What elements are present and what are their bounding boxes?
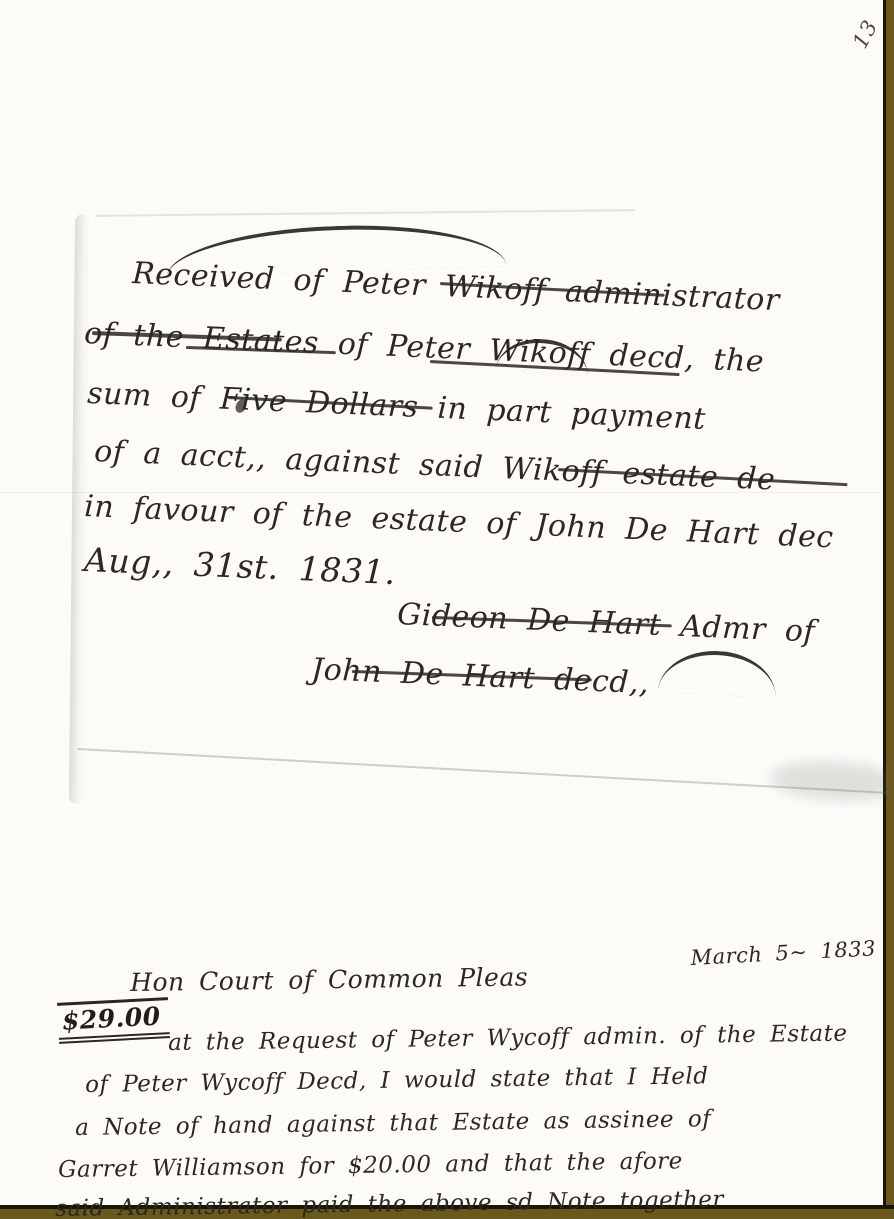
note-line: Garret Williamson for $20.00 and that th… [58, 1148, 683, 1183]
receipt-date: Aug,, 31st. 1831. [83, 540, 396, 592]
page-number: 13 [848, 16, 883, 53]
paper-shadow-smudge [769, 759, 894, 804]
scan-border-right [883, 0, 894, 1219]
pen-flourish [658, 648, 778, 698]
scanned-document-page: 13 Received of Peter Wikoff administrato… [0, 0, 894, 1219]
note-line: of Peter Wycoff Decd, I would state that… [85, 1063, 709, 1098]
paper-torn-edge-bottom [78, 748, 894, 795]
note-line: a Note of hand against that Estate as as… [75, 1106, 711, 1141]
note-amount: $29.00 [57, 997, 170, 1044]
note-date: March 5~ 1833 [690, 936, 877, 970]
note-line: at the Request of Peter Wycoff admin. of… [168, 1021, 848, 1056]
note-heading: Hon Court of Common Pleas [130, 962, 528, 997]
paper-torn-edge-top [95, 209, 635, 217]
receipt-line: of a acct,, against said Wikoff estate d… [94, 434, 776, 498]
